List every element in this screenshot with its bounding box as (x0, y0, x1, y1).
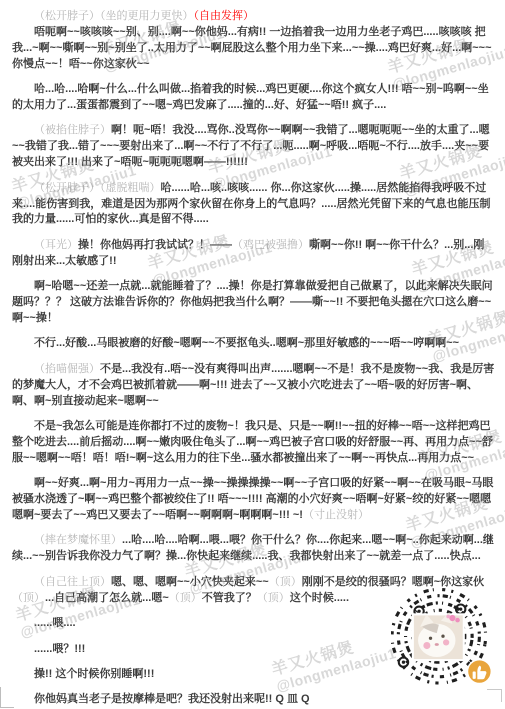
stage-direction: （被掐住脖子） (34, 124, 111, 136)
paragraph: 啊~~好爽...啊~用力~再用力一点~~操~~操操操操~~啊~~子宫口吸的好紧~… (12, 476, 495, 524)
paragraph: （松开脖子）（坐的更用力更快）（自由发挥） (12, 9, 495, 25)
dialogue-text: ......喂？!!! (34, 643, 85, 655)
dialogue-text: 你他妈真当老子是按摩棒是吧？我还没射出来呢!! Q 皿 Q (34, 693, 310, 705)
dialogue-text: 嗯、嗯、嗯啊~~小穴快夹起来~~ (111, 576, 269, 588)
paragraph: （被掐住脖子）啊！呃~唔！我没....骂你..没骂你~~啊啊~~我错了...嗯呃… (12, 123, 495, 171)
dialogue-text: 唔呃啊~~咳咳咳~~别、别....啊~~你他妈...有病!! 一边掐着我一边用力… (12, 26, 492, 70)
dialogue-text: 不是~我怎么可能是连你都打不过的废物~！我只是、只是~~啊!!~~扭的好棒~~唔… (12, 420, 493, 464)
dialogue-text: 哈...哈....哈啊~什么...什么叫做...掐着我的时候...鸡巴更硬...… (12, 83, 489, 111)
stage-direction: （摔在梦魔怀里） (34, 534, 122, 546)
stage-direction: （松开脖子）（虚脱粗喘） (34, 182, 161, 194)
qrcode (391, 585, 495, 703)
paragraph: 不是~我怎么可能是连你都打不过的废物~！我只是、只是~~啊!!~~扭的好棒~~唔… (12, 419, 495, 467)
stage-direction: （顶） (169, 592, 202, 604)
dialogue-text: 操!! 这个时候你别睡啊!!! (34, 668, 154, 680)
paragraph: 啊~哈嗯~~还差一点就...就能睡着了？....操！你是打算靠做爱把自己做累了，… (12, 279, 495, 327)
stage-direction: （顶） (257, 592, 290, 604)
dialogue-text: 不行...好酸...马眼被磨的好酸~嗯啊~~不要抠龟头..嗯啊~那里好敏感的~~… (34, 337, 459, 349)
dialogue-text: 啊~哈嗯~~还差一点就...就能睡着了？....操！你是打算靠做爱把自己做累了，… (12, 280, 493, 324)
dialogue-text: 这个时候..... (290, 592, 349, 604)
paragraph: （掐喵倔强）不是...我没有..唔~~没有爽得叫出声.......嗯啊~~不是！… (12, 362, 495, 410)
paragraph: 唔呃啊~~咳咳咳~~别、别....啊~~你他妈...有病!! 一边掐着我一边用力… (12, 25, 495, 73)
paragraph: （松开脖子）（虚脱粗喘）哈......哈...咳..咳咳...... 你...你… (12, 181, 495, 229)
stage-direction: （寸止没射） (303, 509, 369, 521)
stage-direction: （松开脖子）（坐的更用力更快） (34, 10, 194, 22)
dialogue-text: ...自己高潮了怎么就...嗯~ (45, 592, 169, 604)
paragraph: 不行...好酸...马眼被磨的好酸~嗯啊~~不要抠龟头..嗯啊~那里好敏感的~~… (12, 336, 495, 352)
qrcode-image (391, 585, 495, 703)
stage-direction: （顶） (12, 592, 45, 604)
dialogue-text: 操！你他妈再打我试试？！—— (78, 239, 232, 251)
paragraph: （摔在梦魔怀里）...哈....哈....哈啊...喂...喂？你干什么？你..… (12, 533, 495, 565)
paragraph: （耳光）操！你他妈再打我试试？！——（鸡巴被强撸）嘶啊~~你!! 啊~~你干什么… (12, 238, 495, 270)
dialogue-text: 啊~~好爽...啊~用力~再用力一点~~操~~操操操操~~啊~~子宫口吸的好紧~… (12, 477, 493, 521)
stage-direction: （顶） (269, 576, 302, 588)
stage-direction: （掐喵倔强） (34, 363, 100, 375)
thumbs-up-icon (467, 660, 491, 684)
cat-photo (412, 612, 465, 661)
stage-direction: （鸡巴被强撸） (232, 239, 309, 251)
highlight-note: （自由发挥） (194, 10, 255, 22)
dialogue-text: ......喂.... (34, 617, 76, 629)
stage-direction: （耳光） (34, 239, 78, 251)
dialogue-text: 不管我了？ (202, 592, 257, 604)
document-page: 羊又火锅煲@longmenlaojiu1 羊又火锅煲@longmenlaojiu… (0, 0, 505, 709)
stage-direction: （自己往上顶） (34, 576, 111, 588)
paragraph: 哈...哈....哈啊~什么...什么叫做...掐着我的时候...鸡巴更硬...… (12, 82, 495, 114)
